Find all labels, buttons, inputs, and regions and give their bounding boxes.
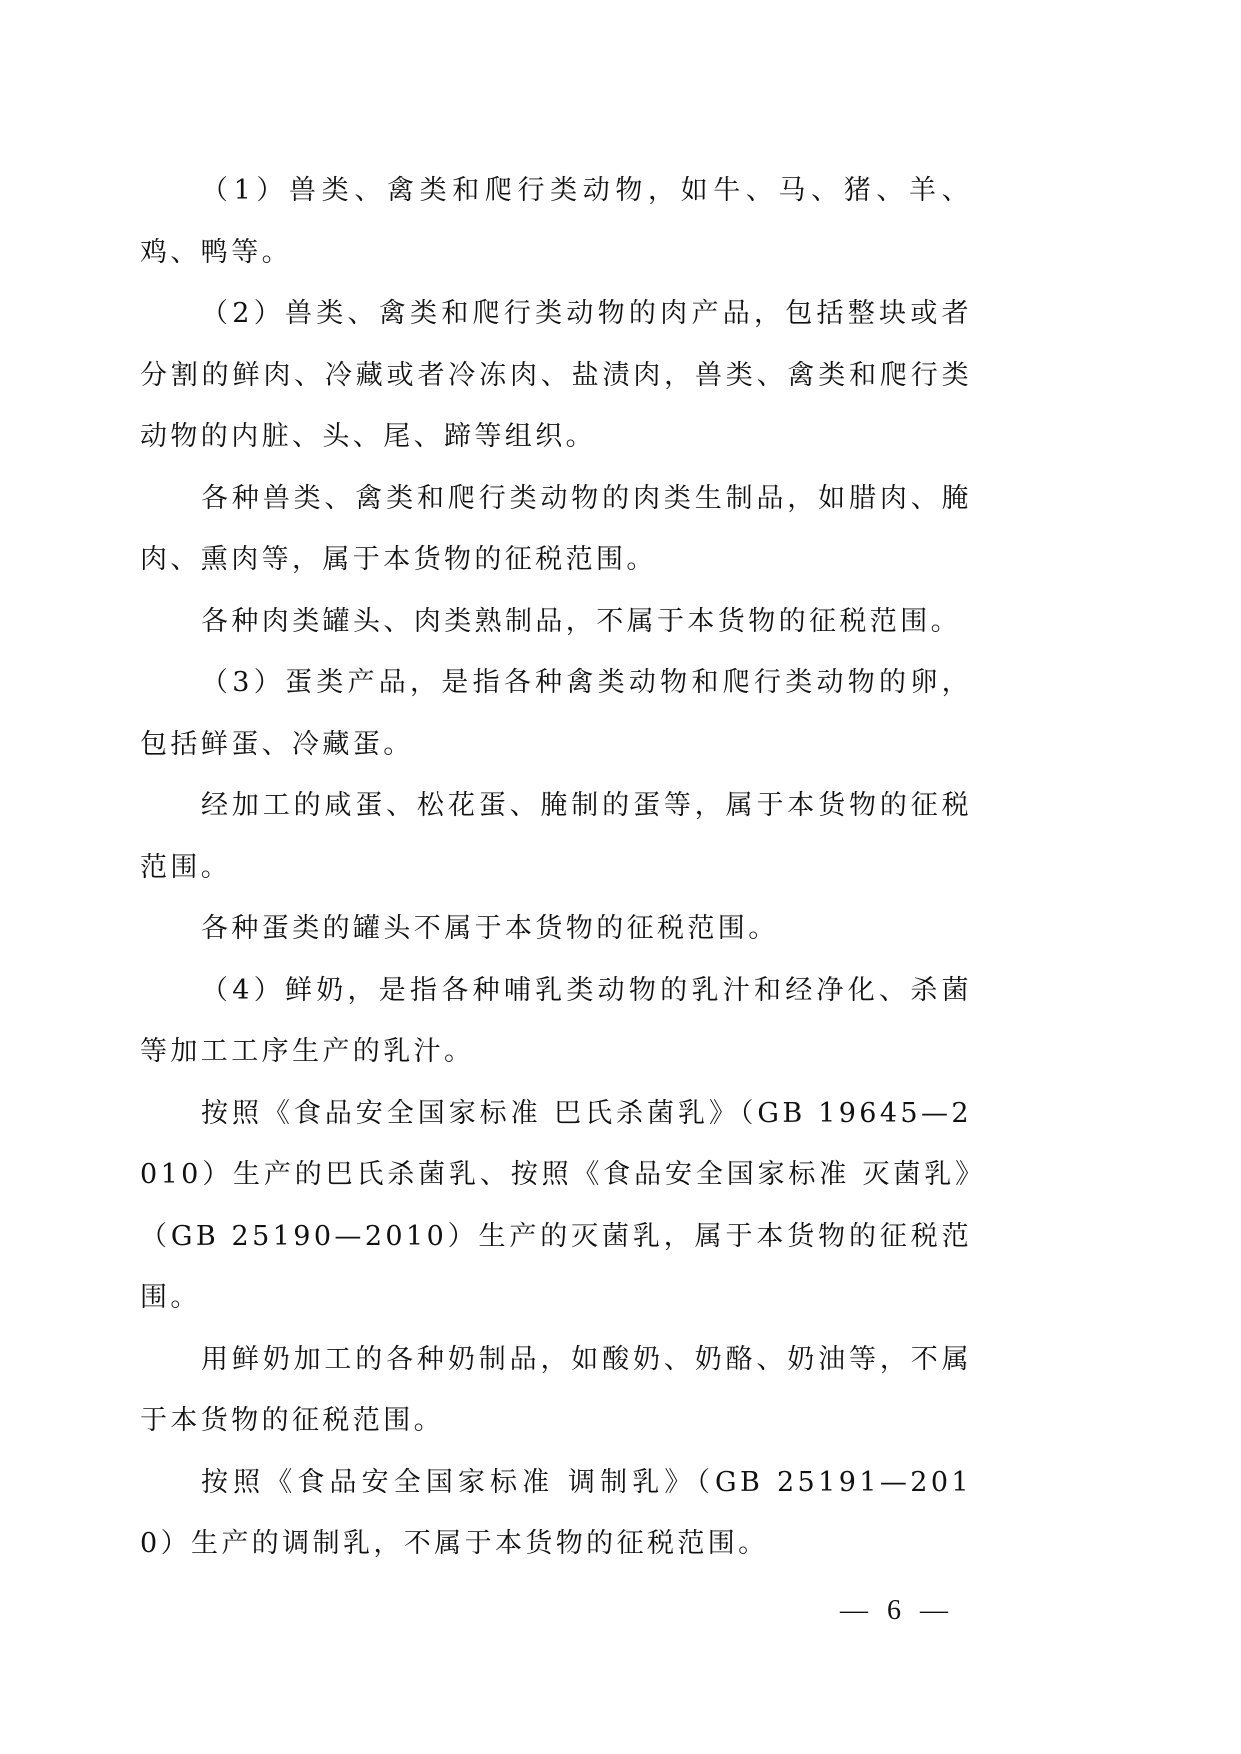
paragraph-item-4-fresh-milk: （4）鲜奶，是指各种哺乳类动物的乳汁和经净化、杀菌等加工工序生产的乳汁。 <box>140 960 972 1083</box>
paragraph-item-2-meat-products: （2）兽类、禽类和爬行类动物的肉产品，包括整块或者分割的鲜肉、冷藏或者冷冻肉、盐… <box>140 283 972 468</box>
paragraph-item-3-eggs: （3）蛋类产品，是指各种禽类动物和爬行类动物的卵，包括鲜蛋、冷藏蛋。 <box>140 652 972 775</box>
paragraph-processed-eggs: 经加工的咸蛋、松花蛋、腌制的蛋等，属于本货物的征税范围。 <box>140 775 972 898</box>
paragraph-item-1-livestock: （1）兽类、禽类和爬行类动物，如牛、马、猪、羊、鸡、鸭等。 <box>140 160 972 283</box>
page-number: — 6 — <box>840 1595 954 1627</box>
paragraph-canned-eggs: 各种蛋类的罐头不属于本货物的征税范围。 <box>140 898 972 960</box>
paragraph-canned-meat: 各种肉类罐头、肉类熟制品，不属于本货物的征税范围。 <box>140 591 972 653</box>
document-body: （1）兽类、禽类和爬行类动物，如牛、马、猪、羊、鸡、鸭等。 （2）兽类、禽类和爬… <box>140 160 972 1575</box>
paragraph-dairy-products: 用鲜奶加工的各种奶制品，如酸奶、奶酪、奶油等，不属于本货物的征税范围。 <box>140 1329 972 1452</box>
paragraph-pasteurized-milk: 按照《食品安全国家标准 巴氏杀菌乳》（GB 19645—2010）生产的巴氏杀菌… <box>140 1083 972 1329</box>
paragraph-modified-milk: 按照《食品安全国家标准 调制乳》（GB 25191—2010）生产的调制乳，不属… <box>140 1452 972 1575</box>
paragraph-raw-meat-products: 各种兽类、禽类和爬行类动物的肉类生制品，如腊肉、腌肉、熏肉等，属于本货物的征税范… <box>140 468 972 591</box>
